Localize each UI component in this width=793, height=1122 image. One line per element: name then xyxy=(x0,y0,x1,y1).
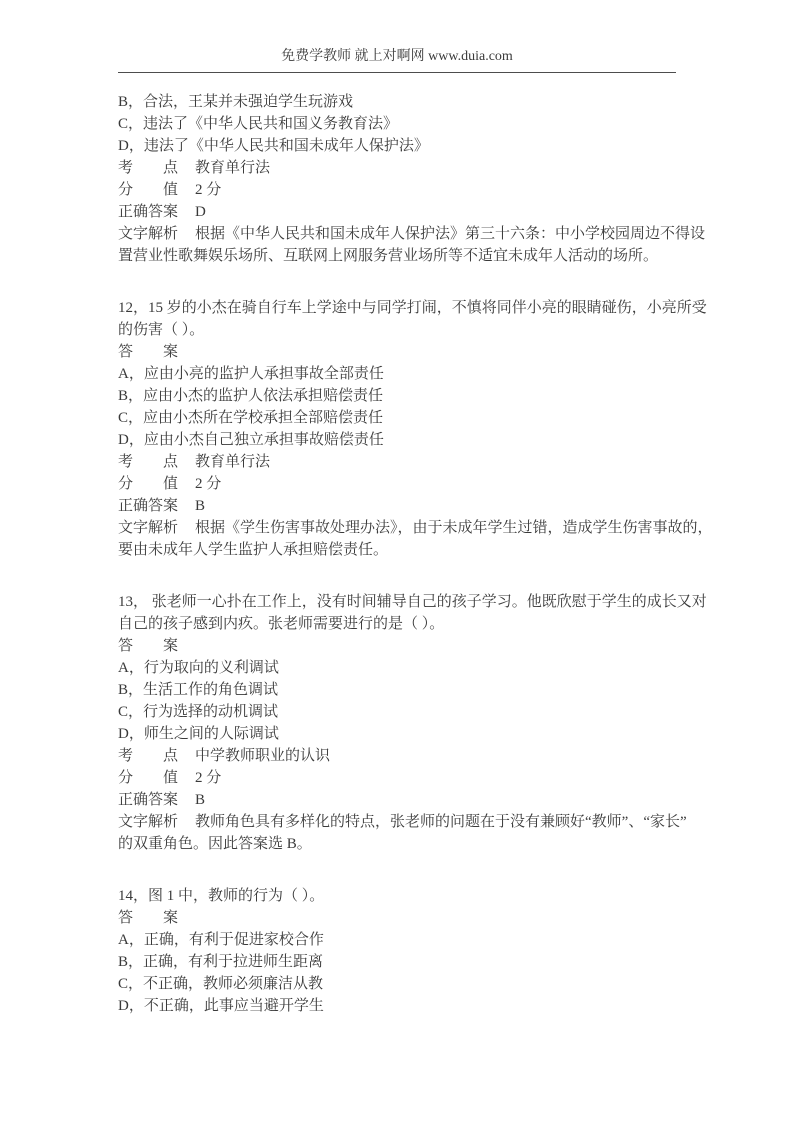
option-13-b: B，生活工作的角色调试 xyxy=(118,679,676,701)
explanation-row: 文字解析根据《学生伤害事故处理办法》，由于未成年学生过错，造成学生伤害事故的， xyxy=(118,517,676,539)
correct-answer-row: 正确答案D xyxy=(118,201,676,223)
exam-point-value: 教育单行法 xyxy=(195,454,270,470)
option-14-a: A，正确，有利于促进家校合作 xyxy=(118,929,676,951)
option-11-d: D，违法了《中华人民共和国未成年人保护法》 xyxy=(118,135,676,157)
correct-answer-label: 正确答案 xyxy=(118,495,178,517)
explanation-text-line1: 教师角色具有多样化的特点，张老师的问题在于没有兼顾好“教师”、“家长” xyxy=(195,814,687,830)
answer-row: 答 案 xyxy=(118,635,676,657)
question-14-stem-line1: 14，图 1 中，教师的行为（ ）。 xyxy=(118,885,676,907)
correct-answer-value: B xyxy=(195,792,205,808)
explanation-label: 文字解析 xyxy=(118,811,178,833)
score-label: 分 值 xyxy=(118,179,178,201)
explanation-text-line2: 置营业性歌舞娱乐场所、互联网上网服务营业场所等不适宜未成年人活动的场所。 xyxy=(118,245,676,267)
option-11-b: B，合法，王某并未强迫学生玩游戏 xyxy=(118,91,676,113)
correct-answer-label: 正确答案 xyxy=(118,201,178,223)
question-12-stem-line1: 12，15 岁的小杰在骑自行车上学途中与同学打闹，不慎将同伴小亮的眼睛碰伤，小亮… xyxy=(118,297,676,319)
score-label: 分 值 xyxy=(118,473,178,495)
explanation-label: 文字解析 xyxy=(118,517,178,539)
option-14-b: B，正确，有利于拉进师生距离 xyxy=(118,951,676,973)
page-content: B，合法，王某并未强迫学生玩游戏 C，违法了《中华人民共和国义务教育法》 D，违… xyxy=(118,91,676,1017)
exam-point-value: 中学教师职业的认识 xyxy=(195,748,330,764)
explanation-text-line1: 根据《学生伤害事故处理办法》，由于未成年学生过错，造成学生伤害事故的， xyxy=(195,520,713,536)
header-slogan: 免费学教师 就上对啊网 www.duia.com xyxy=(281,49,513,64)
correct-answer-value: D xyxy=(195,204,206,220)
score-row: 分 值2 分 xyxy=(118,473,676,495)
exam-point-label: 考 点 xyxy=(118,157,178,179)
option-12-c: C，应由小杰所在学校承担全部赔偿责任 xyxy=(118,407,676,429)
answer-label: 答 案 xyxy=(118,907,178,929)
option-14-c: C，不正确，教师必须廉洁从教 xyxy=(118,973,676,995)
question-12-stem-line2: 的伤害（ ）。 xyxy=(118,319,676,341)
explanation-text-line2: 的双重角色。因此答案选 B。 xyxy=(118,833,676,855)
exam-point-row: 考 点教育单行法 xyxy=(118,451,676,473)
question-13-stem-line2: 自己的孩子感到内疚。张老师需要进行的是（ ）。 xyxy=(118,613,676,635)
exam-point-row: 考 点中学教师职业的认识 xyxy=(118,745,676,767)
option-13-d: D，师生之间的人际调试 xyxy=(118,723,676,745)
option-12-b: B，应由小杰的监护人依法承担赔偿责任 xyxy=(118,385,676,407)
exam-point-row: 考 点教育单行法 xyxy=(118,157,676,179)
answer-label: 答 案 xyxy=(118,635,178,657)
score-value: 2 分 xyxy=(195,770,221,786)
score-label: 分 值 xyxy=(118,767,178,789)
answer-row: 答 案 xyxy=(118,341,676,363)
question-13-stem-line1: 13， 张老师一心扑在工作上，没有时间辅导自己的孩子学习。他既欣慰于学生的成长又… xyxy=(118,591,676,613)
option-14-d: D，不正确，此事应当避开学生 xyxy=(118,995,676,1017)
correct-answer-label: 正确答案 xyxy=(118,789,178,811)
exam-point-value: 教育单行法 xyxy=(195,160,270,176)
exam-point-label: 考 点 xyxy=(118,745,178,767)
correct-answer-row: 正确答案B xyxy=(118,495,676,517)
question-12-block: 12，15 岁的小杰在骑自行车上学途中与同学打闹，不慎将同伴小亮的眼睛碰伤，小亮… xyxy=(118,297,676,561)
correct-answer-value: B xyxy=(195,498,205,514)
question-13-block: 13， 张老师一心扑在工作上，没有时间辅导自己的孩子学习。他既欣慰于学生的成长又… xyxy=(118,591,676,855)
page-header: 免费学教师 就上对啊网 www.duia.com xyxy=(118,47,676,73)
explanation-label: 文字解析 xyxy=(118,223,178,245)
question-11-block: B，合法，王某并未强迫学生玩游戏 C，违法了《中华人民共和国义务教育法》 D，违… xyxy=(118,91,676,267)
option-13-a: A，行为取向的义利调试 xyxy=(118,657,676,679)
option-13-c: C，行为选择的动机调试 xyxy=(118,701,676,723)
option-12-d: D，应由小杰自己独立承担事故赔偿责任 xyxy=(118,429,676,451)
exam-point-label: 考 点 xyxy=(118,451,178,473)
answer-label: 答 案 xyxy=(118,341,178,363)
explanation-row: 文字解析根据《中华人民共和国未成年人保护法》第三十六条：中小学校园周边不得设 xyxy=(118,223,676,245)
option-12-a: A，应由小亮的监护人承担事故全部责任 xyxy=(118,363,676,385)
score-row: 分 值2 分 xyxy=(118,767,676,789)
question-14-block: 14，图 1 中，教师的行为（ ）。 答 案 A，正确，有利于促进家校合作 B，… xyxy=(118,885,676,1017)
explanation-text-line1: 根据《中华人民共和国未成年人保护法》第三十六条：中小学校园周边不得设 xyxy=(195,226,705,242)
score-value: 2 分 xyxy=(195,476,221,492)
explanation-row: 文字解析教师角色具有多样化的特点，张老师的问题在于没有兼顾好“教师”、“家长” xyxy=(118,811,676,833)
option-11-c: C，违法了《中华人民共和国义务教育法》 xyxy=(118,113,676,135)
score-row: 分 值2 分 xyxy=(118,179,676,201)
explanation-text-line2: 要由未成年人学生监护人承担赔偿责任。 xyxy=(118,539,676,561)
answer-row: 答 案 xyxy=(118,907,676,929)
correct-answer-row: 正确答案B xyxy=(118,789,676,811)
score-value: 2 分 xyxy=(195,182,221,198)
document-page: 免费学教师 就上对啊网 www.duia.com B，合法，王某并未强迫学生玩游… xyxy=(0,0,793,1122)
